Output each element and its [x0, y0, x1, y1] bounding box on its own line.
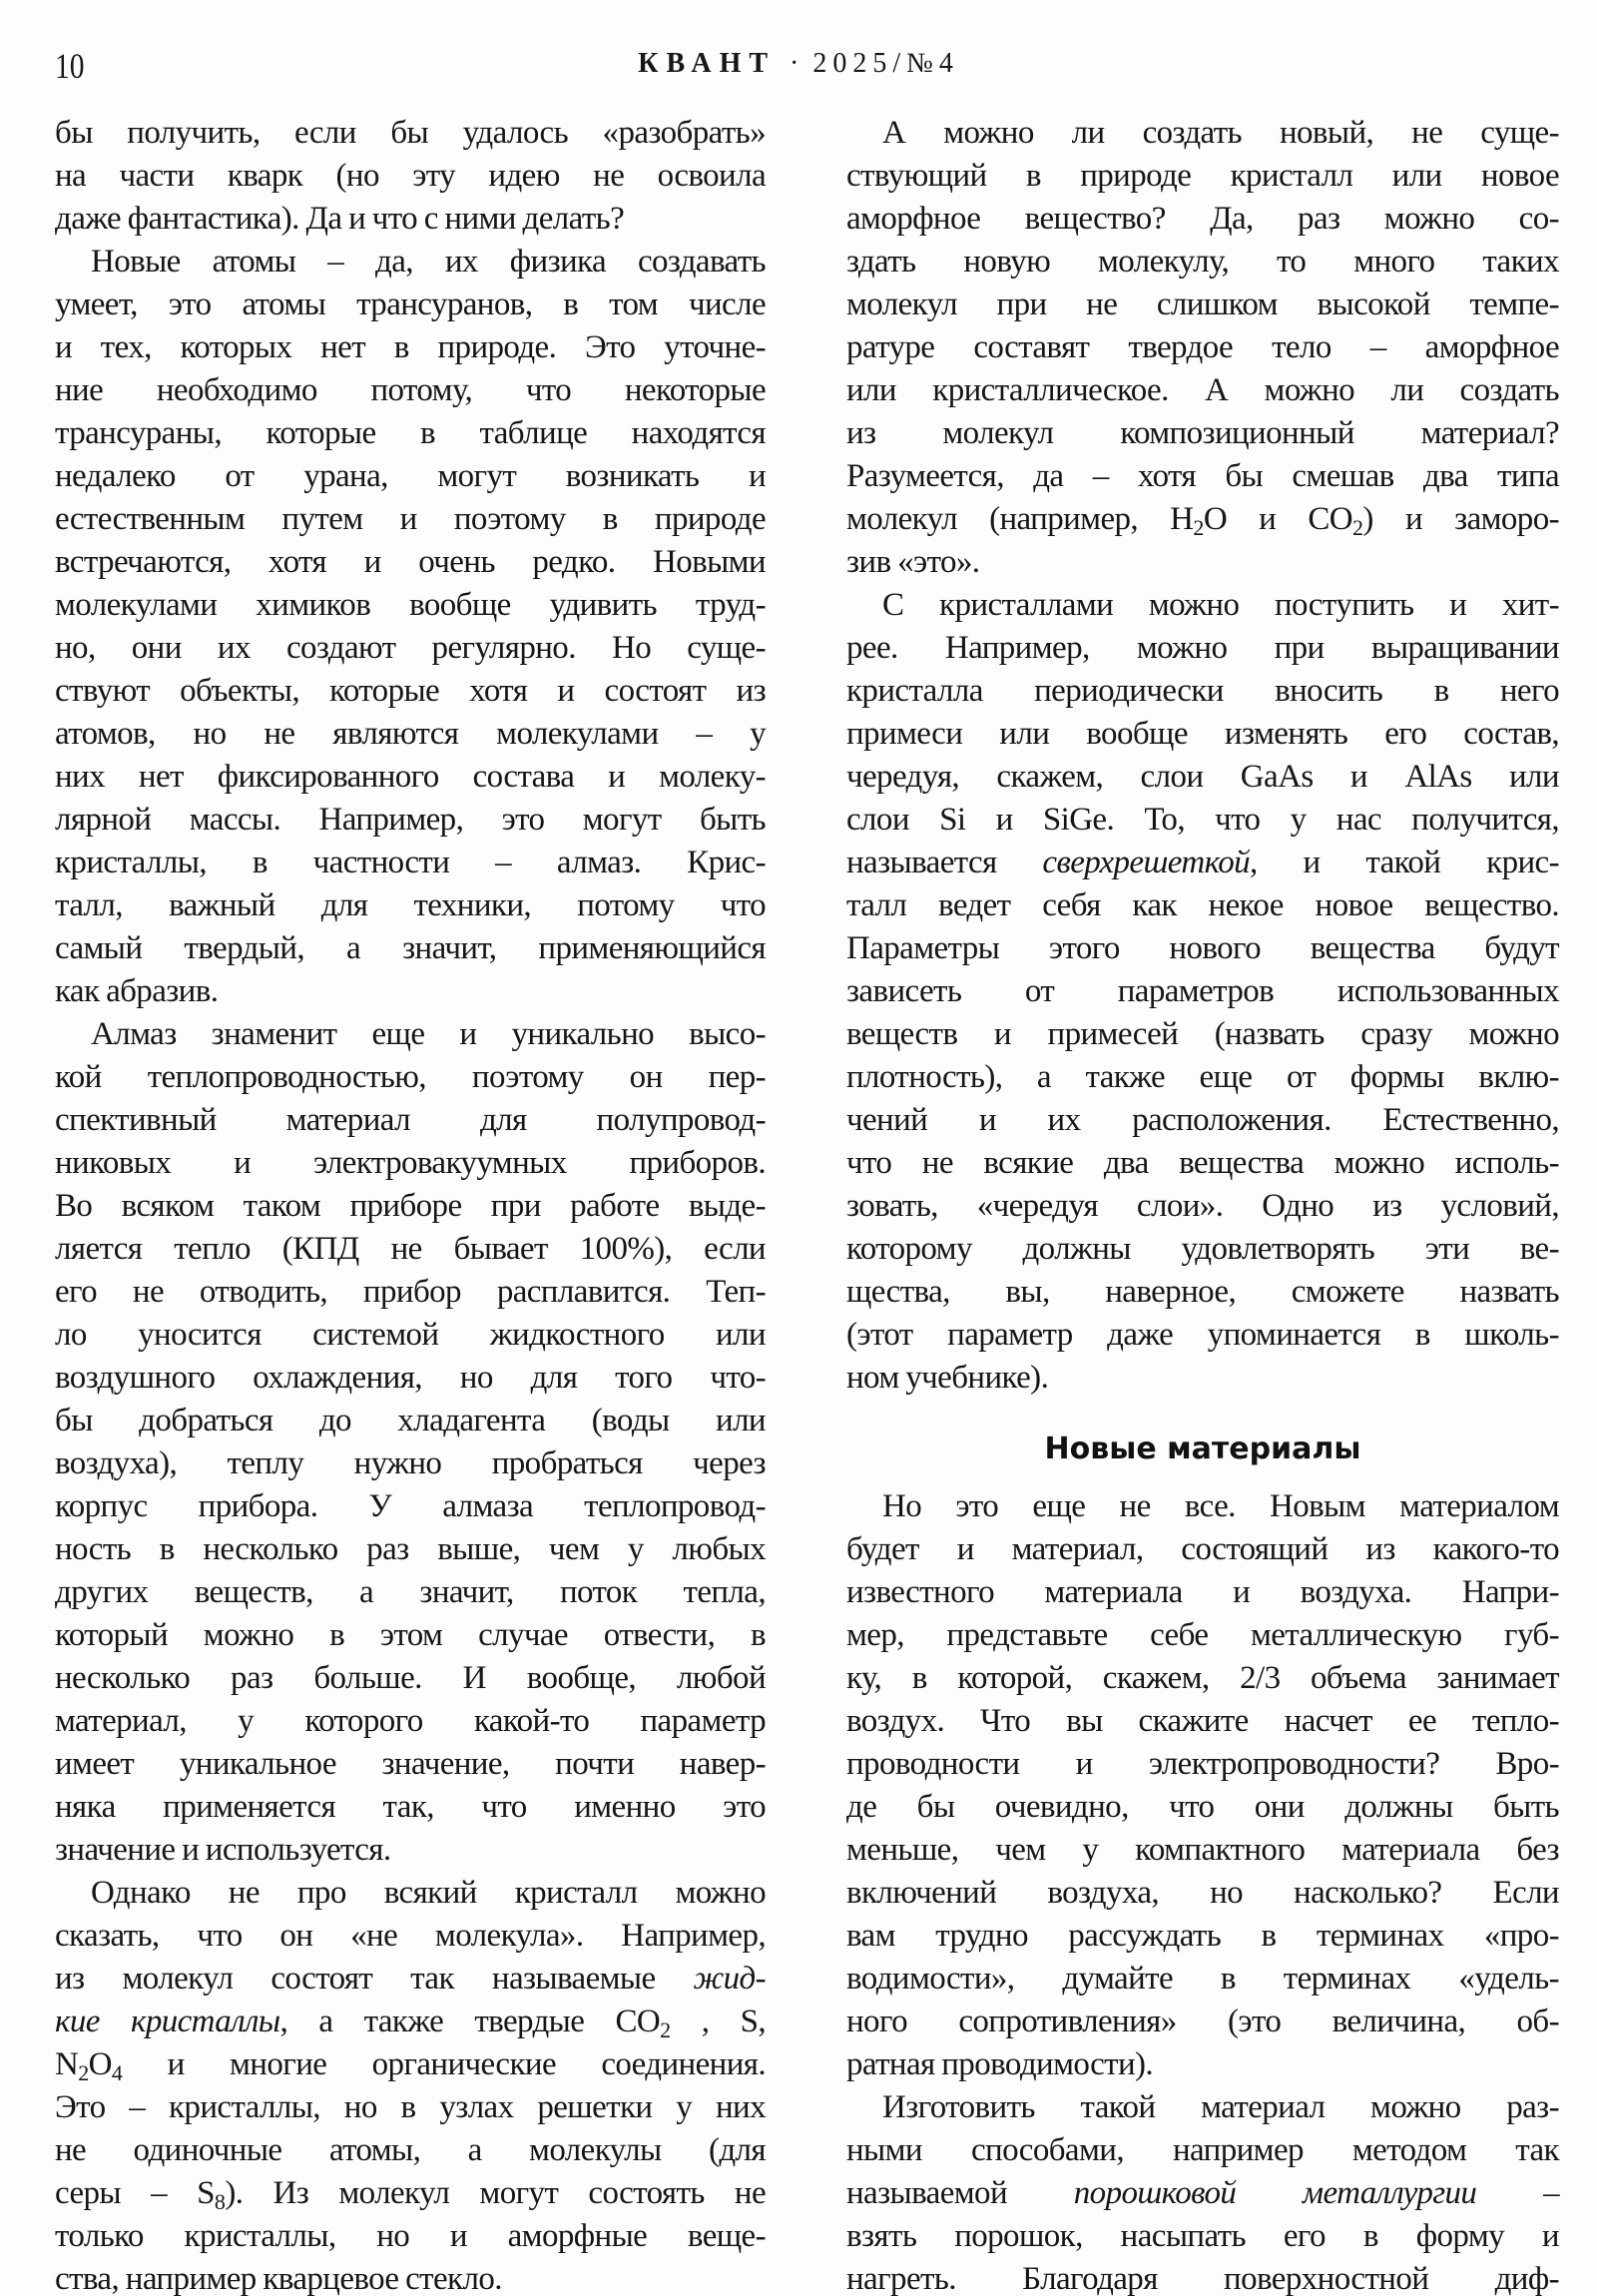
text-run: кой теплопроводностью, поэтому он пер-: [55, 1059, 766, 1095]
text-line: Однако не про всякий кристалл можно: [55, 1872, 766, 1915]
text-run: взять порошок, насыпать его в форму и: [846, 2218, 1559, 2254]
text-run: молекул при не слишком высокой темпе-: [846, 287, 1559, 322]
text-line: Во всяком таком приборе при работе выде-: [55, 1185, 766, 1228]
text-line: меньше, чем у компактного материала без: [846, 1829, 1559, 1872]
text-run: кристаллы, в частности – алмаз. Крис-: [55, 845, 766, 880]
text-line: из молекул композиционный материал?: [846, 412, 1559, 455]
text-run: бы получить, если бы удалось «разобрать»: [55, 115, 766, 151]
text-run: , S,: [671, 2004, 766, 2039]
text-run: ку, в которой, скажем, 2/3 объема занима…: [846, 1660, 1559, 1696]
text-run: аморфное вещество? Да, раз можно со-: [846, 201, 1559, 237]
text-run: но, они их создают регулярно. Но суще-: [55, 630, 766, 666]
text-line: Это – кристаллы, но в узлах решетки у ни…: [55, 2086, 766, 2129]
text-line: проводности и электропроводности? Вро-: [846, 1743, 1559, 1786]
text-run: и тех, которых нет в природе. Это уточне…: [55, 329, 766, 365]
text-run: Изготовить такой материал можно раз-: [882, 2089, 1559, 2125]
text-run: воздушного охлаждения, но для того что-: [55, 1360, 766, 1396]
text-run: из молекул композиционный материал?: [846, 415, 1559, 451]
text-run: недалеко от урана, могут возникать и: [55, 458, 766, 494]
text-line: других веществ, а значит, поток тепла,: [55, 1571, 766, 1614]
text-run: который можно в этом случае отвести, в: [55, 1617, 766, 1653]
text-run: или кристаллическое. А можно ли создать: [846, 372, 1559, 408]
text-run: умеет, это атомы трансуранов, в том числ…: [55, 287, 766, 322]
text-line: чередуя, скажем, слои GaAs и AlAs или: [846, 756, 1559, 799]
italic-term: кие кристаллы: [55, 2004, 280, 2039]
text-run: что не всякие два вещества можно исполь-: [846, 1145, 1559, 1181]
text-line: взять порошок, насыпать его в форму и: [846, 2215, 1559, 2258]
text-line: примеси или вообще изменять его состав,: [846, 713, 1559, 756]
text-run: примеси или вообще изменять его состав,: [846, 716, 1559, 752]
subscript: 2: [1352, 515, 1362, 540]
text-run: самый твердый, а значит, применяющийся: [55, 930, 766, 966]
text-run: O: [89, 2046, 112, 2082]
text-run: ными способами, например методом так: [846, 2132, 1559, 2168]
text-run: ло уносится системой жидкостного или: [55, 1317, 766, 1353]
text-run: ратная проводимости).: [846, 2046, 1153, 2082]
text-line: зовать, «чередуя слои». Одно из условий,: [846, 1185, 1559, 1228]
text-run: имеет уникальное значение, почти навер-: [55, 1746, 766, 1782]
text-run: корпус прибора. У алмаза теплопровод-: [55, 1488, 766, 1524]
text-line: бы получить, если бы удалось «разобрать»: [55, 112, 766, 155]
text-run: мер, представьте себе металлическую губ-: [846, 1617, 1559, 1653]
text-line: ло уносится системой жидкостного или: [55, 1314, 766, 1357]
text-line: плотность), а также еще от формы вклю-: [846, 1056, 1559, 1099]
text-run: , а также твердые CO: [280, 2004, 661, 2039]
text-run: водимости», думайте в терминах «удель-: [846, 1961, 1559, 1997]
italic-term: жид-: [694, 1961, 766, 1997]
text-line: воздуха), теплу нужно пробраться через: [55, 1442, 766, 1485]
left-column: бы получить, если бы удалось «разобрать»…: [55, 112, 766, 2296]
text-line: ность в несколько раз выше, чем у любых: [55, 1528, 766, 1571]
text-run: не одиночные атомы, а молекулы (для: [55, 2132, 766, 2168]
text-line: трансураны, которые в таблице находятся: [55, 412, 766, 455]
text-run: Алмаз знаменит еще и уникально высо-: [91, 1016, 766, 1052]
text-line: чений и их расположения. Естественно,: [846, 1099, 1559, 1142]
text-line: из молекул состоят так называемые жид-: [55, 1958, 766, 2001]
text-run: них нет фиксированного состава и молеку-: [55, 759, 766, 795]
text-line: называемой порошковой металлургии –: [846, 2172, 1559, 2215]
text-line: молекулами химиков вообще удивить труд-: [55, 584, 766, 627]
text-run: сказать, что он «не молекула». Например,: [55, 1918, 766, 1954]
text-run: меньше, чем у компактного материала без: [846, 1832, 1559, 1868]
issue-number: 2025/№4: [812, 48, 959, 79]
text-line: нагреть. Благодаря поверхностной диф-: [846, 2258, 1559, 2296]
text-run: проводности и электропроводности? Вро-: [846, 1746, 1559, 1782]
text-line: слои Si и SiGe. То, что у нас получится,: [846, 799, 1559, 842]
text-line: ствуют объекты, которые хотя и состоят и…: [55, 670, 766, 713]
text-run: ства, например кварцевое стекло.: [55, 2261, 502, 2296]
text-line: веществ и примесей (назвать сразу можно: [846, 1013, 1559, 1056]
text-run: называемой: [846, 2175, 1074, 2211]
text-run: Разумеется, да – хотя бы смешав два типа: [846, 458, 1559, 494]
text-run: известного материала и воздуха. Напри-: [846, 1574, 1559, 1610]
text-line: будет и материал, состоящий из какого-то: [846, 1528, 1559, 1571]
running-head: КВАНТ·2025/№4: [0, 48, 1597, 80]
text-run: будет и материал, состоящий из какого-то: [846, 1531, 1559, 1567]
text-run: спективный материал для полупровод-: [55, 1102, 766, 1138]
text-run: естественным путем и поэтому в природе: [55, 501, 766, 537]
text-run: называется: [846, 845, 1042, 880]
text-run: ность в несколько раз выше, чем у любых: [55, 1531, 766, 1567]
subscript: 2: [78, 2060, 88, 2085]
text-run: Но это еще не все. Новым материалом: [882, 1488, 1559, 1524]
subscript: 2: [660, 2017, 670, 2042]
text-run: Новые атомы – да, их физика создавать: [91, 244, 766, 280]
text-line: Параметры этого нового вещества будут: [846, 927, 1559, 970]
text-line: де бы очевидно, что они должны быть: [846, 1786, 1559, 1829]
text-line: ном учебнике).: [846, 1357, 1559, 1400]
text-line: воздушного охлаждения, но для того что-: [55, 1357, 766, 1400]
text-line: аморфное вещество? Да, раз можно со-: [846, 198, 1559, 241]
text-run: несколько раз больше. И вообще, любой: [55, 1660, 766, 1696]
text-run: никовых и электровакуумных приборов.: [55, 1145, 766, 1181]
text-line: кристалла периодически вносить в него: [846, 670, 1559, 713]
text-line: них нет фиксированного состава и молеку-: [55, 756, 766, 799]
italic-term: порошковой металлургии: [1074, 2175, 1477, 2211]
right-column-text-top: А можно ли создать новый, не суще-ствующ…: [846, 112, 1559, 1400]
text-run: веществ и примесей (назвать сразу можно: [846, 1016, 1559, 1052]
text-run: трансураны, которые в таблице находятся: [55, 415, 766, 451]
text-line: самый твердый, а значит, применяющийся: [55, 927, 766, 970]
journal-title: КВАНТ: [638, 48, 776, 79]
text-line: кие кристаллы, а также твердые CO2 , S,: [55, 2001, 766, 2043]
text-line: никовых и электровакуумных приборов.: [55, 1142, 766, 1185]
text-line: С кристаллами можно поступить и хит-: [846, 584, 1559, 627]
text-run: здать новую молекулу, то много таких: [846, 244, 1559, 280]
text-run: воздуха), теплу нужно пробраться через: [55, 1445, 766, 1481]
text-line: здать новую молекулу, то много таких: [846, 241, 1559, 284]
text-run: как абразив.: [55, 973, 218, 1009]
text-line: няка применяется так, что именно это: [55, 1786, 766, 1829]
text-line: талл, важный для техники, потому что: [55, 884, 766, 927]
text-run: чений и их расположения. Естественно,: [846, 1102, 1559, 1138]
text-line: Разумеется, да – хотя бы смешав два типа: [846, 455, 1559, 498]
text-run: няка применяется так, что именно это: [55, 1789, 766, 1825]
text-run: , и такой крис-: [1250, 845, 1559, 880]
text-run: молекулами химиков вообще удивить труд-: [55, 587, 766, 623]
text-line: кой теплопроводностью, поэтому он пер-: [55, 1056, 766, 1099]
text-line: ствующий в природе кристалл или новое: [846, 155, 1559, 198]
text-line: водимости», думайте в терминах «удель-: [846, 1958, 1559, 2001]
text-line: несколько раз больше. И вообще, любой: [55, 1657, 766, 1700]
text-line: серы – S8). Из молекул могут состоять не: [55, 2172, 766, 2215]
text-line: которому должны удовлетворять эти ве-: [846, 1228, 1559, 1271]
text-line: известного материала и воздуха. Напри-: [846, 1571, 1559, 1614]
text-run: Во всяком таком приборе при работе выде-: [55, 1188, 766, 1224]
text-run: плотность), а также еще от формы вклю-: [846, 1059, 1559, 1095]
text-run: –: [1476, 2175, 1559, 2211]
text-line: встречаются, хотя и очень редко. Новыми: [55, 541, 766, 584]
text-line: кристаллы, в частности – алмаз. Крис-: [55, 842, 766, 884]
text-run: ) и заморо-: [1362, 501, 1559, 537]
text-line: молекул при не слишком высокой темпе-: [846, 284, 1559, 326]
text-run: чередуя, скажем, слои GaAs и AlAs или: [846, 759, 1559, 795]
text-line: его не отводить, прибор расплавится. Теп…: [55, 1271, 766, 1314]
text-run: ние необходимо потому, что некоторые: [55, 372, 766, 408]
text-line: (этот параметр даже упоминается в школь-: [846, 1314, 1559, 1357]
text-run: и многие органические соединения.: [122, 2046, 766, 2082]
text-line: умеет, это атомы трансуранов, в том числ…: [55, 284, 766, 326]
text-line: Новые атомы – да, их физика создавать: [55, 241, 766, 284]
subscript: 8: [215, 2189, 225, 2214]
text-line: что не всякие два вещества можно исполь-: [846, 1142, 1559, 1185]
text-line: воздух. Что вы скажите насчет ее тепло-: [846, 1700, 1559, 1743]
text-line: ратуре составят твердое тело – аморфное: [846, 326, 1559, 369]
text-line: ного сопротивления» (это величина, об-: [846, 2001, 1559, 2043]
text-run: лярной массы. Например, это могут быть: [55, 802, 766, 838]
text-run: встречаются, хотя и очень редко. Новыми: [55, 544, 766, 580]
text-line: материал, у которого какой-то параметр: [55, 1700, 766, 1743]
text-run: Однако не про всякий кристалл можно: [91, 1875, 766, 1911]
text-line: естественным путем и поэтому в природе: [55, 498, 766, 541]
text-run: кристалла периодически вносить в него: [846, 673, 1559, 709]
text-line: значение и используется.: [55, 1829, 766, 1872]
text-line: или кристаллическое. А можно ли создать: [846, 369, 1559, 412]
text-line: ние необходимо потому, что некоторые: [55, 369, 766, 412]
text-line: только кристаллы, но и аморфные веще-: [55, 2215, 766, 2258]
text-run: из молекул состоят так называемые: [55, 1961, 694, 1997]
text-run: атомов, но не являются молекулами – у: [55, 716, 766, 752]
text-run: O и CO: [1204, 501, 1352, 537]
text-line: рее. Например, можно при выращивании: [846, 627, 1559, 670]
right-column: А можно ли создать новый, не суще-ствующ…: [846, 112, 1559, 2296]
text-line: ными способами, например методом так: [846, 2129, 1559, 2172]
text-run: воздух. Что вы скажите насчет ее тепло-: [846, 1703, 1559, 1739]
text-line: А можно ли создать новый, не суще-: [846, 112, 1559, 155]
left-column-text: бы получить, если бы удалось «разобрать»…: [55, 112, 766, 2296]
text-run: зависеть от параметров использованных: [846, 973, 1559, 1009]
italic-term: сверхрешеткой: [1042, 845, 1250, 880]
text-line: как абразив.: [55, 970, 766, 1013]
text-run: зовать, «чередуя слои». Одно из условий,: [846, 1188, 1559, 1224]
text-line: бы добраться до хладагента (воды или: [55, 1400, 766, 1442]
text-run: де бы очевидно, что они должны быть: [846, 1789, 1559, 1825]
text-run: А можно ли создать новый, не суще-: [882, 115, 1559, 151]
right-column-text-bottom: Но это еще не все. Новым материаломбудет…: [846, 1485, 1559, 2296]
text-run: рее. Например, можно при выращивании: [846, 630, 1559, 666]
text-line: ратная проводимости).: [846, 2043, 1559, 2086]
header-separator: ·: [790, 48, 798, 79]
text-line: недалеко от урана, могут возникать и: [55, 455, 766, 498]
text-run: ном учебнике).: [846, 1360, 1048, 1396]
text-line: атомов, но не являются молекулами – у: [55, 713, 766, 756]
text-line: N2O4 и многие органические соединения.: [55, 2043, 766, 2086]
text-run: щества, вы, наверное, сможете назвать: [846, 1274, 1559, 1310]
text-run: Параметры этого нового вещества будут: [846, 930, 1559, 966]
text-run: его не отводить, прибор расплавится. Теп…: [55, 1274, 766, 1310]
text-run: вам трудно рассуждать в терминах «про-: [846, 1918, 1559, 1954]
text-run: (этот параметр даже упоминается в школь-: [846, 1317, 1559, 1353]
text-line: вам трудно рассуждать в терминах «про-: [846, 1915, 1559, 1958]
text-line: включений воздуха, но насколько? Если: [846, 1872, 1559, 1915]
text-run: слои Si и SiGe. То, что у нас получится,: [846, 802, 1559, 838]
text-line: имеет уникальное значение, почти навер-: [55, 1743, 766, 1786]
text-run: талл ведет себя как некое новое вещество…: [846, 887, 1559, 923]
text-line: щества, вы, наверное, сможете назвать: [846, 1271, 1559, 1314]
text-run: ствуют объекты, которые хотя и состоят и…: [55, 673, 766, 709]
text-line: Но это еще не все. Новым материалом: [846, 1485, 1559, 1528]
text-line: называется сверхрешеткой, и такой крис-: [846, 842, 1559, 884]
text-run: ного сопротивления» (это величина, об-: [846, 2004, 1559, 2039]
text-line: ляется тепло (КПД не бывает 100%), если: [55, 1228, 766, 1271]
text-run: серы – S: [55, 2175, 215, 2211]
section-heading: Новые материалы: [846, 1400, 1559, 1485]
text-line: Алмаз знаменит еще и уникально высо-: [55, 1013, 766, 1056]
text-run: молекул (например, H: [846, 501, 1193, 537]
text-run: ). Из молекул могут состоять не: [225, 2175, 766, 2211]
text-line: который можно в этом случае отвести, в: [55, 1614, 766, 1657]
text-run: ратуре составят твердое тело – аморфное: [846, 329, 1559, 365]
text-line: спективный материал для полупровод-: [55, 1099, 766, 1142]
text-line: ства, например кварцевое стекло.: [55, 2258, 766, 2296]
text-line: зив «это».: [846, 541, 1559, 584]
text-run: Это – кристаллы, но в узлах решетки у ни…: [55, 2089, 766, 2125]
text-run: только кристаллы, но и аморфные веще-: [55, 2218, 766, 2254]
text-run: включений воздуха, но насколько? Если: [846, 1875, 1559, 1911]
text-line: и тех, которых нет в природе. Это уточне…: [55, 326, 766, 369]
text-run: на части кварк (но эту идею не освоила: [55, 158, 766, 194]
subscript: 2: [1193, 515, 1203, 540]
text-line: на части кварк (но эту идею не освоила: [55, 155, 766, 198]
text-run: N: [55, 2046, 78, 2082]
text-line: зависеть от параметров использованных: [846, 970, 1559, 1013]
text-line: не одиночные атомы, а молекулы (для: [55, 2129, 766, 2172]
subscript: 4: [112, 2060, 122, 2085]
text-line: ку, в которой, скажем, 2/3 объема занима…: [846, 1657, 1559, 1700]
text-line: лярной массы. Например, это могут быть: [55, 799, 766, 842]
text-line: но, они их создают регулярно. Но суще-: [55, 627, 766, 670]
text-run: нагреть. Благодаря поверхностной диф-: [846, 2261, 1559, 2296]
text-run: С кристаллами можно поступить и хит-: [882, 587, 1559, 623]
text-run: талл, важный для техники, потому что: [55, 887, 766, 923]
text-run: ствующий в природе кристалл или новое: [846, 158, 1559, 194]
text-line: мер, представьте себе металлическую губ-: [846, 1614, 1559, 1657]
text-run: материал, у которого какой-то параметр: [55, 1703, 766, 1739]
text-line: сказать, что он «не молекула». Например,: [55, 1915, 766, 1958]
text-run: значение и используется.: [55, 1832, 391, 1868]
text-line: Изготовить такой материал можно раз-: [846, 2086, 1559, 2129]
text-run: других веществ, а значит, поток тепла,: [55, 1574, 766, 1610]
text-line: корпус прибора. У алмаза теплопровод-: [55, 1485, 766, 1528]
text-run: ляется тепло (КПД не бывает 100%), если: [55, 1231, 766, 1267]
text-line: молекул (например, H2O и CO2) и заморо-: [846, 498, 1559, 541]
text-line: даже фантастика). Да и что с ними делать…: [55, 198, 766, 241]
text-run: которому должны удовлетворять эти ве-: [846, 1231, 1559, 1267]
text-run: даже фантастика). Да и что с ними делать…: [55, 201, 624, 237]
text-run: бы добраться до хладагента (воды или: [55, 1403, 766, 1438]
text-line: талл ведет себя как некое новое вещество…: [846, 884, 1559, 927]
text-run: зив «это».: [846, 544, 979, 580]
